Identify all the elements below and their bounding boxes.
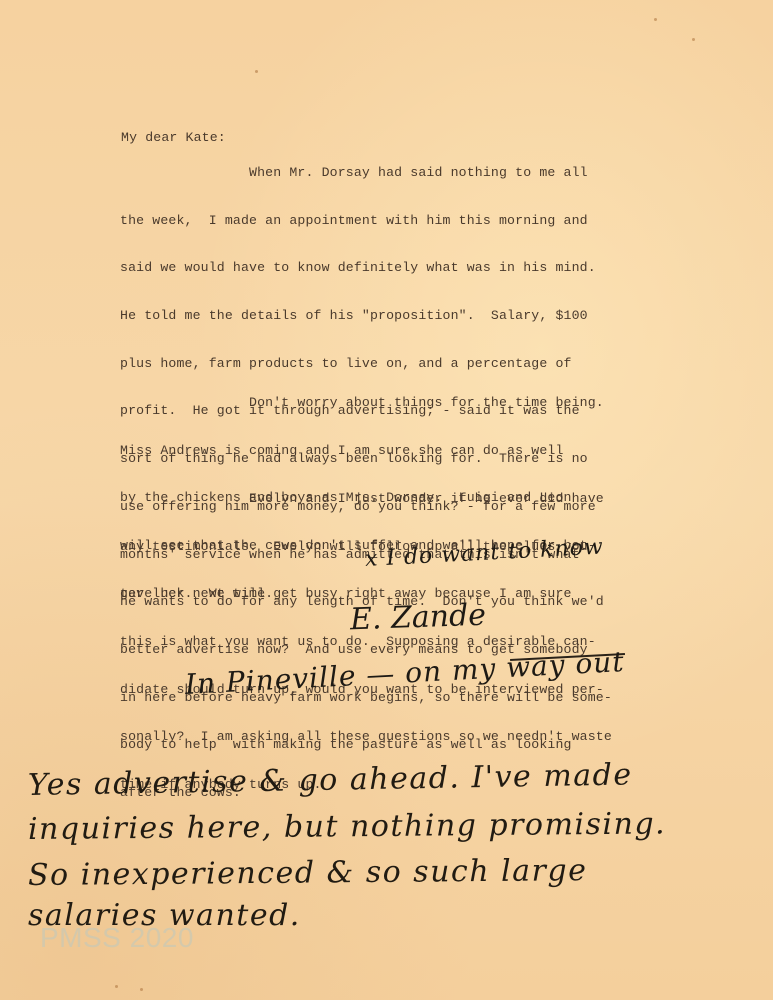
text-line: sonally? I am asking all these questions… [120,729,612,745]
text-line: Evelyn and I just wonder if he ever did … [120,491,612,507]
text-line: gave her. We will get busy right away be… [120,586,612,602]
paper-speck [654,18,657,21]
text-line: the week, I made an appointment with him… [120,213,612,229]
text-line: said we would have to know definitely wh… [120,260,612,276]
text-line: Don't worry about things for the time be… [120,395,604,411]
signature: E. Zande [349,598,486,638]
text-line: When Mr. Dorsay had said nothing to me a… [120,165,612,181]
paper-speck [692,38,695,41]
letter-page: My dear Kate: When Mr. Dorsay had said n… [0,0,773,1000]
paper-speck [140,988,143,991]
paper-speck [115,985,118,988]
text-line: Miss Andrews is coming and I am sure she… [120,443,604,459]
paper-speck [255,70,258,73]
watermark: PMSS 2020 [40,922,194,954]
handwritten-reply-line: inquiries here, but nothing promising. [28,806,666,847]
handwritten-reply-line: So inexperienced & so such large [28,853,588,893]
text-line: He told me the details of his "propositi… [120,308,612,324]
